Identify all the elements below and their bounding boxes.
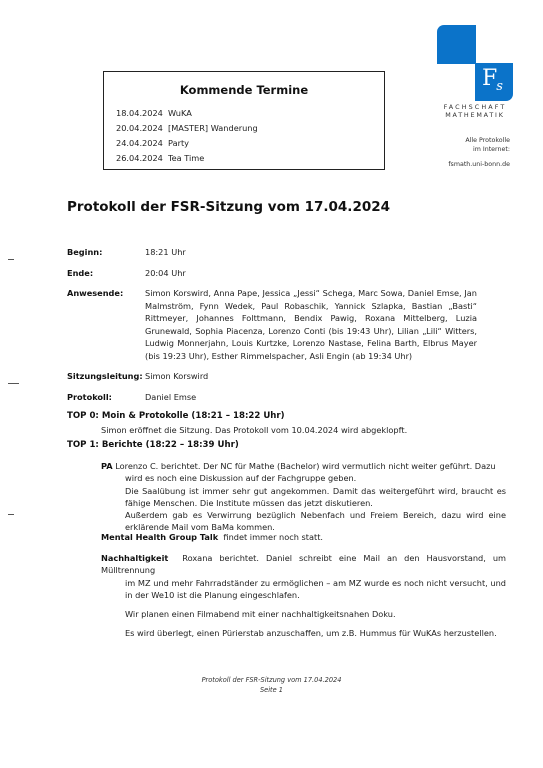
online-note-line2: im Internet:	[448, 145, 510, 154]
margin-mark	[8, 514, 14, 515]
meta-value: 20:04 Uhr	[145, 267, 477, 280]
report-label: Mental Health Group Talk	[101, 532, 218, 542]
report-text: findet immer noch statt.	[223, 532, 323, 542]
event-row: 26.04.2024 Tea Time	[116, 151, 258, 166]
document-page: Kommende Termine 18.04.2024 WuKA 20.04.2…	[0, 0, 543, 768]
event-date: 18.04.2024	[116, 106, 168, 121]
logo-fs-mark-icon: Fs	[482, 66, 504, 95]
upcoming-events-heading: Kommende Termine	[104, 83, 384, 97]
margin-mark	[8, 259, 14, 260]
page-title: Protokoll der FSR-Sitzung vom 17.04.2024	[67, 199, 390, 215]
event-date: 24.04.2024	[116, 136, 168, 151]
agenda-item-heading: TOP 1: Berichte (18:22 – 18:39 Uhr)	[67, 440, 239, 450]
meta-value: 18:21 Uhr	[145, 246, 477, 259]
meta-label: Sitzungsleitung:	[67, 370, 145, 383]
agenda-item-heading: TOP 0: Moin & Protokolle (18:21 – 18:22 …	[67, 411, 285, 421]
report-text: wird es noch eine Diskussion auf der Fac…	[101, 472, 506, 484]
meta-value: Simon Korswird	[145, 370, 477, 383]
report-text: im MZ und mehr Fahrradständer zu ermögli…	[101, 577, 506, 602]
page-number: Seite 1	[0, 685, 543, 695]
meta-row-leitung: Sitzungsleitung: Simon Korswird	[67, 370, 477, 383]
event-row: 24.04.2024 Party	[116, 136, 258, 151]
event-row: 18.04.2024 WuKA	[116, 106, 258, 121]
meta-label: Protokoll:	[67, 391, 145, 404]
event-name: WuKA	[168, 106, 192, 121]
meta-row-ende: Ende: 20:04 Uhr	[67, 267, 477, 280]
event-name: [MASTER] Wanderung	[168, 121, 258, 136]
report-pa: PA Lorenzo C. berichtet. Der NC für Math…	[101, 460, 506, 534]
event-name: Party	[168, 136, 189, 151]
logo-text-line1: FACHSCHAFT	[437, 103, 513, 111]
report-mental-health: Mental Health Group Talk findet immer no…	[101, 531, 506, 543]
report-text: Wir planen einen Filmabend mit einer nac…	[101, 608, 506, 620]
report-text: Lorenzo C. berichtet. Der NC für Mathe (…	[115, 461, 495, 471]
meta-label: Ende:	[67, 267, 145, 280]
upcoming-events-box: Kommende Termine 18.04.2024 WuKA 20.04.2…	[103, 71, 385, 170]
report-text: Es wird überlegt, einen Pürierstab anzus…	[101, 627, 506, 639]
logo-square-top-left	[437, 25, 476, 64]
report-text: Die Saalübung ist immer sehr gut angekom…	[101, 485, 506, 510]
meta-label: Anwesende:	[67, 287, 145, 362]
website-link[interactable]: fsmath.uni-bonn.de	[448, 160, 510, 169]
logo-text-line2: MATHEMATIK	[437, 111, 513, 119]
page-footer: Protokoll der FSR-Sitzung vom 17.04.2024…	[0, 675, 543, 695]
meta-label: Beginn:	[67, 246, 145, 259]
meta-row-beginn: Beginn: 18:21 Uhr	[67, 246, 477, 259]
report-nachhaltigkeit: Nachhaltigkeit Roxana berichtet. Daniel …	[101, 552, 506, 640]
meta-row-anwesende: Anwesende: Simon Korswird, Anna Pape, Je…	[67, 287, 477, 362]
online-protocols-note: Alle Protokolle im Internet: fsmath.uni-…	[448, 136, 510, 169]
report-label: Nachhaltigkeit	[101, 553, 168, 563]
meta-row-protokoll: Protokoll: Daniel Emse	[67, 391, 477, 404]
upcoming-events-list: 18.04.2024 WuKA 20.04.2024 [MASTER] Wand…	[116, 106, 258, 166]
meta-value: Daniel Emse	[145, 391, 477, 404]
meeting-meta: Beginn: 18:21 Uhr Ende: 20:04 Uhr Anwese…	[67, 246, 477, 411]
event-row: 20.04.2024 [MASTER] Wanderung	[116, 121, 258, 136]
agenda-item-text: Simon eröffnet die Sitzung. Das Protokol…	[101, 424, 407, 437]
online-note-line1: Alle Protokolle	[448, 136, 510, 145]
attendees-list: Simon Korswird, Anna Pape, Jessica „Jess…	[145, 287, 477, 362]
footer-title: Protokoll der FSR-Sitzung vom 17.04.2024	[0, 675, 543, 685]
fachschaft-logo: Fs FACHSCHAFT MATHEMATIK	[437, 25, 513, 135]
report-label: PA	[101, 461, 113, 471]
margin-mark	[8, 383, 19, 384]
event-date: 20.04.2024	[116, 121, 168, 136]
event-date: 26.04.2024	[116, 151, 168, 166]
event-name: Tea Time	[168, 151, 204, 166]
